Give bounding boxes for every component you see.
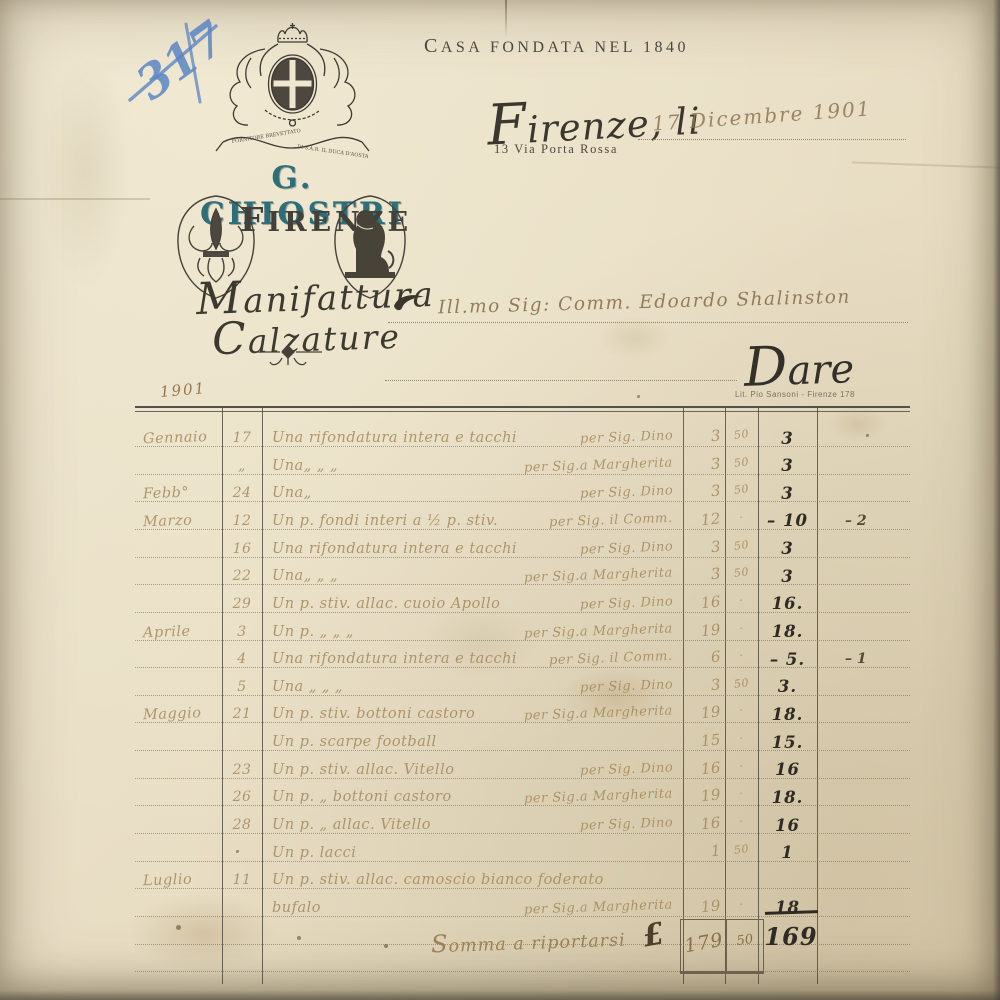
row-cent: · — [724, 592, 758, 609]
row-description: Una rifondatura intera e tacchi — [272, 541, 517, 557]
row-lire: 3 — [682, 481, 726, 503]
table-row: Aprile 3 Un p. „ „ „per Sig.a Margherita… — [135, 613, 910, 641]
row-description-cell: Un p. „ allac. Vitelloper Sig. Dino — [262, 817, 683, 833]
row-amount: 18. — [758, 707, 817, 724]
row-day: 21 — [222, 706, 262, 722]
row-day: 26 — [222, 789, 262, 805]
table-row: „ Una„ „ „per Sig.a Margherita 3 50 3 — [135, 447, 910, 475]
dotted-line — [385, 379, 737, 381]
row-description: Una„ — [272, 485, 312, 501]
row-description-cell: Una„per Sig. Dino — [262, 485, 683, 501]
row-month: Luglio — [135, 871, 223, 890]
row-client: per Sig.a Margherita — [524, 704, 673, 725]
table-row: Un p. lacci 1 50 1 — [135, 834, 910, 862]
row-description: Un p. stiv. bottoni castoro — [272, 706, 475, 722]
row-amount: 18. — [758, 624, 817, 641]
table-row: Gennaio 17 Una rifondatura intera e tacc… — [135, 419, 910, 447]
table-row: Luglio 11 Un p. stiv. allac. camoscio bi… — [135, 862, 910, 890]
row-lire: 3 — [682, 564, 726, 586]
row-description-cell: Un p. „ „ „per Sig.a Margherita — [262, 624, 683, 640]
table-row: 23 Un p. stiv. allac. Vitelloper Sig. Di… — [135, 751, 910, 779]
row-client: per Sig. Dino — [579, 815, 673, 834]
row-day: „ — [222, 458, 262, 474]
table-row: Febb° 24 Una„per Sig. Dino 3 50 3 — [135, 475, 910, 503]
table-row: 22 Una„ „ „per Sig.a Margherita 3 50 3 — [135, 558, 910, 586]
row-lire: 16 — [682, 813, 726, 835]
coat-of-arms-icon: FORNITORE BREVETTATO DI S.A.R. IL DUCA D… — [205, 22, 380, 164]
row-month: Maggio — [135, 705, 223, 724]
row-note: – 1 — [817, 651, 910, 667]
debit-label: Dare — [743, 332, 855, 399]
total-lire: 179 — [681, 929, 726, 958]
row-month — [135, 970, 222, 973]
ornament-flourish-icon — [252, 344, 324, 368]
total-amount: 169 — [761, 922, 821, 951]
row-cent: · — [724, 647, 758, 664]
row-description-cell: Una „ „ „per Sig. Dino — [262, 679, 683, 695]
row-lire: 3 — [682, 536, 726, 558]
row-lire: 3 — [682, 675, 726, 697]
ledger-table: Gennaio 17 Una rifondatura intera e tacc… — [135, 406, 910, 984]
row-amount: 3 — [758, 458, 817, 475]
row-description: Un p. „ „ „ — [272, 624, 354, 640]
fold-line — [852, 161, 1000, 168]
row-cent: · — [724, 813, 758, 830]
table-row: 26 Un p. „ bottoni castoroper Sig.a Marg… — [135, 779, 910, 807]
recipient-dotted-line — [388, 321, 908, 323]
row-description: Un p. „ bottoni castoro — [272, 789, 452, 805]
row-client — [673, 845, 674, 861]
row-description: Un p. stiv. allac. camoscio bianco foder… — [272, 872, 604, 888]
row-lire: 19 — [682, 896, 726, 918]
row-description: Una rifondatura intera e tacchi — [272, 430, 517, 446]
table-row: 29 Un p. stiv. allac. cuoio Apolloper Si… — [135, 585, 910, 613]
row-day: 23 — [222, 762, 262, 778]
row-amount: 3. — [758, 679, 817, 696]
row-cent: · — [724, 509, 758, 526]
row-client: per Sig.a Margherita — [524, 455, 673, 476]
total-box: 179 50 — [680, 919, 764, 974]
printer-imprint: Lit. Pio Sansoni - Firenze 178 — [735, 390, 855, 399]
row-description-cell: Un p. scarpe football — [262, 734, 683, 750]
speck — [637, 395, 640, 398]
row-lire: 19 — [682, 702, 726, 724]
row-lire: 15 — [682, 730, 726, 752]
year-note: 1901 — [159, 379, 207, 401]
row-client — [673, 734, 674, 750]
row-description-cell: Un p. stiv. allac. cuoio Apolloper Sig. … — [262, 596, 683, 612]
row-lire: 16 — [682, 758, 726, 780]
row-description-cell: Una rifondatura intera e tacchiper Sig. … — [262, 651, 683, 667]
table-row: 4 Una rifondatura intera e tacchiper Sig… — [135, 641, 910, 669]
row-month: Gennaio — [135, 429, 223, 448]
recipient-line: Ill.mo Sig: Comm. Edoardo Shalinston — [438, 287, 851, 319]
row-client: per Sig. Dino — [579, 428, 673, 447]
row-day: 17 — [222, 430, 262, 446]
row-cent: · — [724, 619, 758, 636]
row-description-cell: Un p. „ bottoni castoroper Sig.a Margher… — [262, 789, 683, 805]
row-client — [673, 872, 674, 888]
table-row: Un p. scarpe football 15 · 15. — [135, 723, 910, 751]
row-description: Una rifondatura intera e tacchi — [272, 651, 517, 667]
total-box-divider — [726, 920, 727, 971]
row-day: 12 — [222, 513, 262, 529]
row-day: 16 — [222, 541, 262, 557]
row-description: Un p. lacci — [272, 845, 356, 861]
row-description-cell: Un p. stiv. allac. Vitelloper Sig. Dino — [262, 762, 683, 778]
table-row: Maggio 21 Un p. stiv. bottoni castoroper… — [135, 696, 910, 724]
row-description: Un p. stiv. allac. Vitello — [272, 762, 454, 778]
pen-flourish-icon — [392, 291, 430, 313]
row-description: Una„ „ „ — [272, 458, 338, 474]
row-description-cell: Un p. lacci — [262, 845, 683, 861]
row-lire: 3 — [682, 426, 726, 448]
row-lire: 16 — [682, 592, 726, 614]
row-client: per Sig. il Comm. — [549, 649, 673, 669]
row-amount: 16. — [758, 596, 817, 613]
total-cent: 50 — [728, 931, 762, 950]
row-lire: 19 — [682, 785, 726, 807]
row-cent: · — [724, 785, 758, 802]
row-amount: 3 — [758, 569, 817, 586]
row-day: 22 — [222, 568, 262, 584]
table-row: 16 Una rifondatura intera e tacchiper Si… — [135, 530, 910, 558]
table-top-rule — [135, 411, 910, 412]
row-cent: 50 — [724, 536, 758, 553]
row-lire: 19 — [682, 619, 726, 641]
row-month: Febb° — [135, 484, 223, 503]
row-client: per Sig. Dino — [579, 760, 673, 779]
row-client: per Sig.a Margherita — [524, 897, 673, 918]
crest-banner-text-right: DI S.A.R. IL DUCA D'AOSTA — [297, 144, 369, 160]
table-row: 5 Una „ „ „per Sig. Dino 3 50 3. — [135, 668, 910, 696]
row-amount: 3 — [758, 431, 817, 448]
table-row: Marzo 12 Un p. fondi interi a ½ p. stiv.… — [135, 502, 910, 530]
date-dotted-line — [638, 138, 906, 140]
row-lire: 12 — [682, 509, 726, 531]
row-description-cell: Una„ „ „per Sig.a Margherita — [262, 458, 683, 474]
invoice-document: 317 FORNITORE BREVETTATO DI S.A — [0, 0, 1000, 1000]
row-client: per Sig. Dino — [579, 594, 673, 613]
row-description-cell: Una rifondatura intera e tacchiper Sig. … — [262, 541, 683, 557]
row-cent: · — [724, 896, 758, 913]
row-amount: 16 — [758, 762, 817, 779]
row-client: per Sig. Dino — [579, 539, 673, 558]
row-day: 11 — [222, 872, 262, 888]
row-lire: 3 — [682, 454, 726, 476]
row-client: per Sig. Dino — [579, 484, 673, 503]
row-amount: 3 — [758, 541, 817, 558]
row-description-cell: Una„ „ „per Sig.a Margherita — [262, 568, 683, 584]
row-description-cell: Un p. stiv. allac. camoscio bianco foder… — [262, 872, 683, 888]
row-cent: · — [724, 730, 758, 747]
row-description: Una „ „ „ — [272, 679, 343, 695]
row-description-cell: Una rifondatura intera e tacchiper Sig. … — [262, 430, 683, 446]
row-lire: 6 — [682, 647, 726, 669]
row-client: per Sig. Dino — [579, 677, 673, 696]
row-day: 3 — [222, 624, 262, 640]
table-top-rule — [135, 406, 910, 408]
row-cent: 50 — [724, 453, 758, 470]
row-amount: 16 — [758, 818, 817, 835]
address-line: 13 Via Porta Rossa — [494, 142, 618, 157]
row-description: bufalo — [272, 900, 321, 916]
row-amount: 3 — [758, 486, 817, 503]
row-description: Un p. scarpe football — [272, 734, 437, 750]
ledger-rows: Gennaio 17 Una rifondatura intera e tacc… — [135, 419, 910, 972]
table-row: 28 Un p. „ allac. Vitelloper Sig. Dino 1… — [135, 806, 910, 834]
row-client: per Sig.a Margherita — [524, 621, 673, 642]
row-client: per Sig.a Margherita — [524, 787, 673, 808]
fold-line — [0, 198, 150, 200]
row-month: Aprile — [135, 622, 223, 641]
row-cent: · — [724, 702, 758, 719]
row-client: per Sig.a Margherita — [524, 566, 673, 587]
row-description: Un p. stiv. allac. cuoio Apollo — [272, 596, 500, 612]
row-day: 28 — [222, 817, 262, 833]
row-amount: 15. — [758, 735, 817, 752]
founded-line: CASA FONDATA NEL 1840 — [424, 35, 689, 58]
row-lire: 1 — [682, 840, 726, 862]
row-description-cell: Un p. fondi interi a ½ p. stiv.per Sig. … — [262, 513, 683, 529]
row-amount: 18. — [758, 790, 817, 807]
row-cent: 50 — [724, 426, 758, 443]
paper-crease — [505, 0, 507, 38]
row-day: 4 — [222, 651, 262, 667]
row-day: 29 — [222, 596, 262, 612]
row-description: Un p. „ allac. Vitello — [272, 817, 431, 833]
row-month: Marzo — [135, 511, 223, 530]
row-note: – 2 — [817, 513, 910, 529]
row-cent: 50 — [724, 564, 758, 581]
row-description-cell: Un p. stiv. bottoni castoroper Sig.a Mar… — [262, 706, 683, 722]
row-amount: 1 — [758, 845, 817, 862]
row-description-cell: bufaloper Sig.a Margherita — [262, 900, 683, 916]
row-cent: · — [724, 757, 758, 774]
row-description: Una„ „ „ — [272, 568, 338, 584]
row-amount: – 10 — [758, 513, 817, 530]
row-cent: 50 — [724, 840, 758, 857]
row-amount: – 5. — [758, 652, 817, 669]
row-cent: 50 — [724, 675, 758, 692]
row-client: per Sig. il Comm. — [549, 511, 673, 531]
row-cent: 50 — [724, 481, 758, 498]
row-description: Un p. fondi interi a ½ p. stiv. — [272, 513, 498, 529]
row-day: 24 — [222, 485, 262, 501]
row-day: 5 — [222, 679, 262, 695]
row-cent — [725, 881, 758, 886]
